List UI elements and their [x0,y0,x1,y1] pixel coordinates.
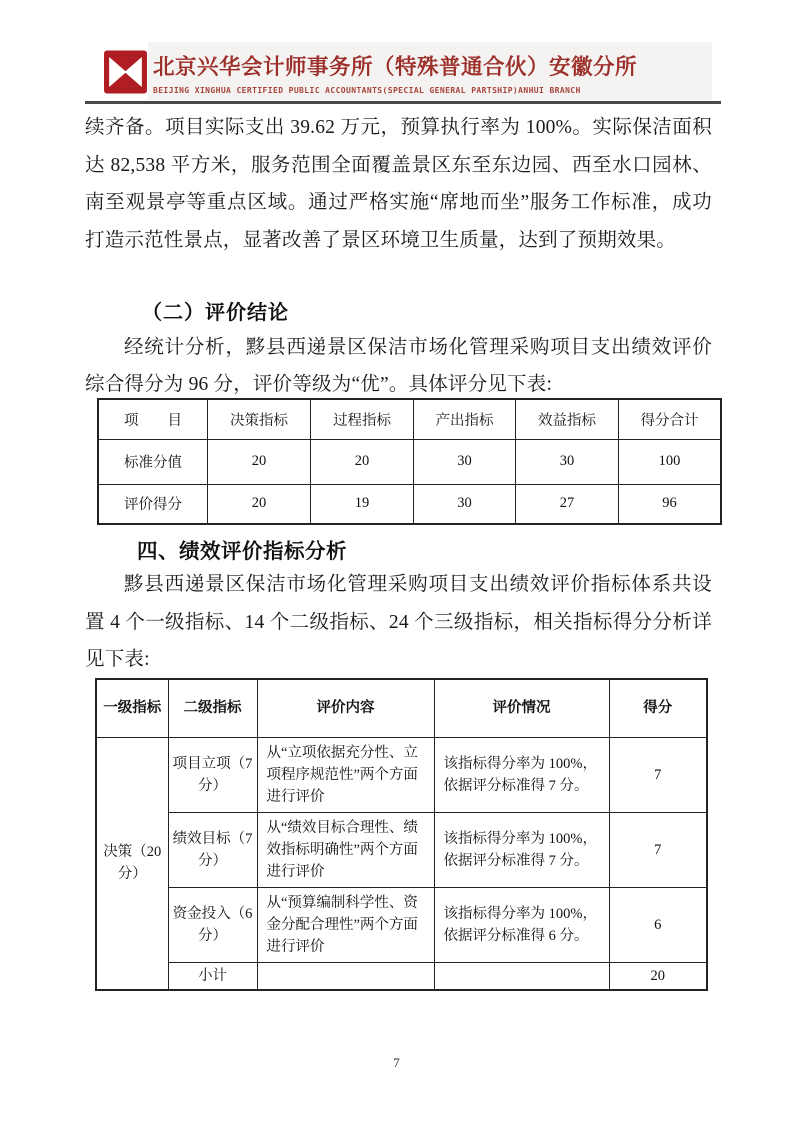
table-row: 决策（20 分） 项目立项（7 分） 从“立项依据充分性、立项程序规范性”两个方… [96,737,707,812]
column-header: 二级指标 [168,679,257,737]
org-name-chinese: 北京兴华会计师事务所（特殊普通合伙）安徽分所 [153,50,637,81]
table-row: 评价得分 20 19 30 27 96 [98,484,721,524]
evaluation-content-cell: 从“绩效目标合理性、绩效指标明确性”两个方面进行评价 [257,812,434,887]
subtotal-row: 小计 20 [96,962,707,990]
score-cell: 7 [609,812,707,887]
cell-value: 20 [311,439,414,484]
subtotal-label: 小计 [168,962,257,990]
section-heading-indicator-analysis: 四、绩效评价指标分析 [137,534,347,564]
cell-value: 30 [414,439,516,484]
evaluation-situation-cell: 该指标得分率为 100%，依据评分标准得 7 分。 [434,812,609,887]
table-header-row: 项 目 决策指标 过程指标 产出指标 效益指标 得分合计 [98,399,721,439]
empty-cell [257,962,434,990]
page-number: 7 [0,1055,793,1071]
column-header: 效益指标 [516,399,619,439]
cell-value: 19 [311,484,414,524]
cell-value: 100 [619,439,722,484]
row-label: 评价得分 [98,484,208,524]
paragraph-continuation: 续齐备。项目实际支出 39.62 万元，预算执行率为 100%。实际保洁面积达 … [85,109,712,259]
cell-value: 30 [516,439,619,484]
column-header: 项 目 [98,399,208,439]
column-header: 过程指标 [311,399,414,439]
cell-value: 96 [619,484,722,524]
column-header: 评价情况 [434,679,609,737]
header-divider [85,101,721,104]
level2-indicator-cell: 资金投入（6 分） [168,887,257,962]
column-header: 决策指标 [208,399,311,439]
table-header-row: 一级指标 二级指标 评价内容 评价情况 得分 [96,679,707,737]
evaluation-content-cell: 从“预算编制科学性、资金分配合理性”两个方面进行评价 [257,887,434,962]
column-header: 评价内容 [257,679,434,737]
score-summary-table: 项 目 决策指标 过程指标 产出指标 效益指标 得分合计 标准分值 20 20 … [97,398,722,525]
table-row: 标准分值 20 20 30 30 100 [98,439,721,484]
section-heading-conclusion: （二）评价结论 [142,296,289,325]
evaluation-content-cell: 从“立项依据充分性、立项程序规范性”两个方面进行评价 [257,737,434,812]
evaluation-situation-cell: 该指标得分率为 100%，依据评分标准得 6 分。 [434,887,609,962]
org-name-english: BEIJING XINGHUA CERTIFIED PUBLIC ACCOUNT… [153,86,581,95]
evaluation-situation-cell: 该指标得分率为 100%，依据评分标准得 7 分。 [434,737,609,812]
paragraph-conclusion: 经统计分析，黟县西递景区保洁市场化管理采购项目支出绩效评价综合得分为 96 分，… [85,329,712,403]
document-page: 北京兴华会计师事务所（特殊普通合伙）安徽分所 BEIJING XINGHUA C… [0,0,793,1122]
score-cell: 6 [609,887,707,962]
column-header: 得分合计 [619,399,722,439]
column-header: 产出指标 [414,399,516,439]
cell-value: 30 [414,484,516,524]
row-label: 标准分值 [98,439,208,484]
level1-indicator-cell: 决策（20 分） [96,737,168,990]
column-header: 得分 [609,679,707,737]
cell-value: 20 [208,484,311,524]
table-row: 绩效目标（7 分） 从“绩效目标合理性、绩效指标明确性”两个方面进行评价 该指标… [96,812,707,887]
score-cell: 7 [609,737,707,812]
column-header: 一级指标 [96,679,168,737]
table-row: 资金投入（6 分） 从“预算编制科学性、资金分配合理性”两个方面进行评价 该指标… [96,887,707,962]
level2-indicator-cell: 项目立项（7 分） [168,737,257,812]
cell-value: 27 [516,484,619,524]
company-logo-icon [104,46,147,98]
subtotal-score: 20 [609,962,707,990]
cell-value: 20 [208,439,311,484]
empty-cell [434,962,609,990]
indicator-analysis-table: 一级指标 二级指标 评价内容 评价情况 得分 决策（20 分） 项目立项（7 分… [95,678,708,991]
level2-indicator-cell: 绩效目标（7 分） [168,812,257,887]
paragraph-indicator-intro: 黟县西递景区保洁市场化管理采购项目支出绩效评价指标体系共设置 4 个一级指标、1… [85,566,712,679]
